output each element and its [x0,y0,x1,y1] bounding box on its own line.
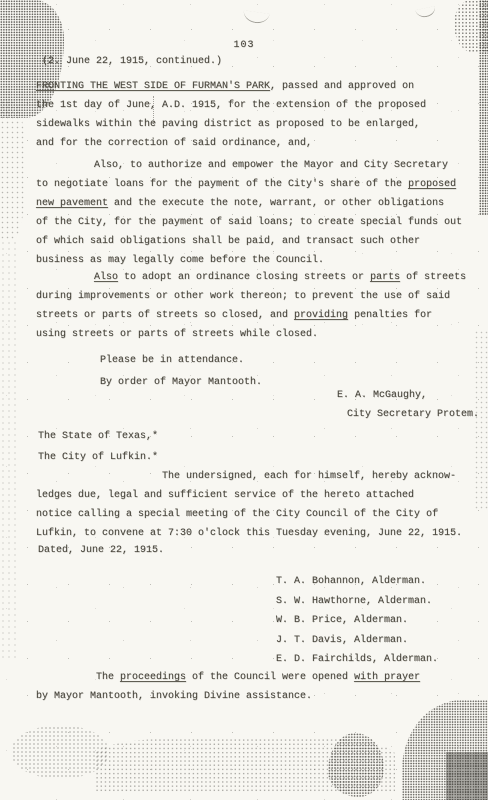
text-line: of the City, for the payment of said loa… [36,213,472,232]
scan-noise-right-edge [479,0,488,215]
text-line: Also, to authorize and empower the Mayor… [36,156,472,175]
jurat-state-line: The State of Texas,* [38,427,158,446]
text-line: J. T. Davis, Alderman. [276,631,438,651]
text-line: S. W. Hawthorne, Alderman. [276,592,438,612]
scan-noise-bottom-right [402,700,488,800]
text-line: ledges due, legal and sufficient service… [36,486,476,505]
stray-pen-mark [242,10,269,25]
text-line: during improvements or other work thereo… [36,287,472,306]
text-line: of which said obligations shall be paid,… [36,232,472,251]
attendance-line: Please be in attendance. [100,351,244,370]
scan-noise-bottom-blob [328,733,384,797]
closing-paragraph: The proceedings of the Council were open… [36,668,476,706]
scanned-minutes-page: 103 (2. June 22, 1915, continued.) FRONT… [0,0,488,800]
order-line: By order of Mayor Mantooth. [100,373,262,392]
text-line: the 1st day of June, A.D. 1915, for the … [36,96,466,115]
stray-pen-mark [415,6,436,19]
scan-noise-bottom-band [95,738,395,793]
text-line: T. A. Bohannon, Alderman. [276,572,438,592]
text-line: Also to adopt an ordinance closing stree… [36,268,472,287]
text-line: FRONTING THE WEST SIDE OF FURMAN'S PARK,… [36,77,466,96]
notice-paragraph-1: FRONTING THE WEST SIDE OF FURMAN'S PARK,… [36,77,466,153]
text-line: E. D. Fairchilds, Alderman. [276,650,438,670]
scan-noise-left-upper [0,100,26,240]
text-line: streets or parts of streets so closed, a… [36,306,472,325]
acknowledgment-paragraph: The undersigned, each for himself, hereb… [36,467,476,543]
aldermen-signature-list: T. A. Bohannon, Alderman.S. W. Hawthorne… [276,572,438,670]
secretary-signature-name: E. A. McGaughy, [337,386,427,405]
scan-noise-bottom-left [12,726,108,778]
text-line: by Mayor Mantooth, invoking Divine assis… [36,687,476,706]
scan-noise-left-edge [0,240,16,660]
notice-paragraph-3: Also to adopt an ordinance closing stree… [36,268,472,344]
continuation-note: (2. June 22, 1915, continued.) [42,52,222,71]
notice-paragraph-2: Also, to authorize and empower the Mayor… [36,156,472,270]
text-line: using streets or parts of streets while … [36,325,472,344]
text-line: The proceedings of the Council were open… [36,668,476,687]
secretary-signature-title: City Secretary Protem. [347,405,479,424]
dated-line: Dated, June 22, 1915. [38,541,164,560]
jurat-city-line: The City of Lufkin.* [38,448,158,467]
text-line: W. B. Price, Alderman. [276,611,438,631]
text-line: sidewalks within the paving district as … [36,115,466,134]
text-line: new pavement and the execute the note, w… [36,194,472,213]
text-line: to negotiate loans for the payment of th… [36,175,472,194]
scan-noise-corner-dark [446,752,488,800]
text-line: notice calling a special meeting of the … [36,505,476,524]
text-line: and for the correction of said ordinance… [36,134,466,153]
text-line: The undersigned, each for himself, hereb… [36,467,476,486]
